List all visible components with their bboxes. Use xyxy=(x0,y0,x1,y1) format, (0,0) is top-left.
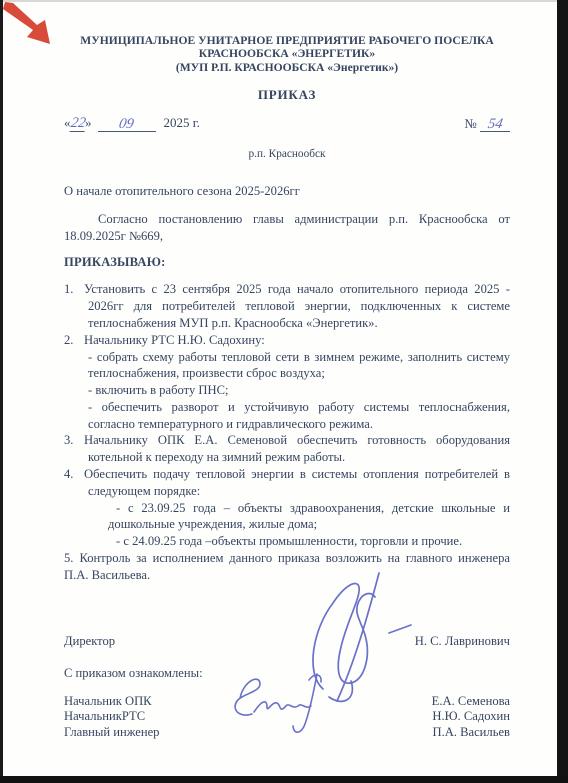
month-underline: 09 xyxy=(98,116,156,132)
order-list: 1.Установить с 23 сентября 2025 года нач… xyxy=(64,281,510,583)
date-number-row: «22»092025 г. № 54 xyxy=(64,115,510,132)
place-line: р.п. Краснообск xyxy=(64,148,510,160)
intro-paragraph: Согласно постановлению главы администрац… xyxy=(64,211,510,245)
acknowledgement-list: Начальник ОПК Е.А. Семенова НачальникРТС… xyxy=(64,694,510,741)
org-name-line3: (МУП Р.П. КРАСНООБСКА «Энергетик») xyxy=(64,61,510,74)
organization-header: МУНИЦИПАЛЬНОЕ УНИТАРНОЕ ПРЕДПРИЯТИЕ РАБО… xyxy=(64,34,510,74)
handwritten-day: 22 xyxy=(69,116,86,132)
org-name-line2: КРАСНООБСКА «ЭНЕРГЕТИК» xyxy=(64,47,510,60)
ack-row-opk: Начальник ОПК Е.А. Семенова xyxy=(64,694,510,710)
order-item-2-sub-1: - собрать схему работы тепловой сети в з… xyxy=(88,349,510,383)
item-text: Обеспечить подачу тепловой энергии в сис… xyxy=(84,467,510,498)
order-item-4-sub-2: - с 24.09.25 года –объекты промышленност… xyxy=(88,533,510,550)
item-number: 5. xyxy=(64,550,73,567)
document-body: МУНИЦИПАЛЬНОЕ УНИТАРНОЕ ПРЕДПРИЯТИЕ РАБО… xyxy=(64,34,510,740)
year-label: 2025 г. xyxy=(164,115,200,130)
order-item-5: 5.Контроль за исполнением данного приказ… xyxy=(64,550,510,584)
ack-name: П.А. Васильев xyxy=(432,725,510,741)
order-item-2-sub-2: - включить в работу ПНС; xyxy=(88,382,510,399)
scan-edge-top xyxy=(0,0,568,2)
item-text: Начальнику РТС Н.Ю. Садохину: xyxy=(84,333,265,347)
item-text: Начальнику ОПК Е.А. Семеновой обеспечить… xyxy=(84,433,510,464)
red-arrow-icon xyxy=(3,2,57,50)
item-number: 3. xyxy=(64,432,84,449)
order-item-4-sub-1: - с 23.09.25 года – объекты здравоохране… xyxy=(88,500,510,534)
number-underline: 54 xyxy=(480,116,510,132)
scan-edge-left xyxy=(0,0,3,783)
acknowledged-label: С приказом ознакомлены: xyxy=(64,666,510,681)
item-text: Контроль за исполнением данного приказа … xyxy=(64,551,510,582)
director-name: Н. С. Лавринович xyxy=(415,634,510,649)
scan-edge-bottom xyxy=(0,776,568,783)
director-label: Директор xyxy=(64,634,115,649)
item-number: 1. xyxy=(64,281,84,298)
scan-edge-right xyxy=(557,0,568,783)
order-item-2-sub-3: - обеспечить разворот и устойчивую работ… xyxy=(88,399,510,433)
ack-title: Главный инженер xyxy=(64,725,159,741)
order-number-field: № 54 xyxy=(464,116,510,132)
handwritten-month: 09 xyxy=(118,117,135,132)
order-item-3: 3.Начальнику ОПК Е.А. Семеновой обеспечи… xyxy=(64,432,510,466)
ack-row-rts: НачальникРТС Н.Ю. Садохин xyxy=(64,709,510,725)
ack-title: НачальникРТС xyxy=(64,709,145,725)
date-field: «22»092025 г. xyxy=(64,115,200,132)
director-signature-row: Директор Н. С. Лавринович xyxy=(64,634,510,649)
order-item-2: 2.Начальнику РТС Н.Ю. Садохину: - собрат… xyxy=(64,332,510,433)
handwritten-number: 54 xyxy=(486,117,503,132)
ack-name: Н.Ю. Садохин xyxy=(432,709,510,725)
org-name-line1: МУНИЦИПАЛЬНОЕ УНИТАРНОЕ ПРЕДПРИЯТИЕ РАБО… xyxy=(64,34,510,47)
item-number: 2. xyxy=(64,332,84,349)
item-number: 4. xyxy=(64,466,84,483)
document-title: ПРИКАЗ xyxy=(64,87,510,103)
ack-title: Начальник ОПК xyxy=(64,694,152,710)
ack-row-chief-engineer: Главный инженер П.А. Васильев xyxy=(64,725,510,741)
scanned-order-document: МУНИЦИПАЛЬНОЕ УНИТАРНОЕ ПРЕДПРИЯТИЕ РАБО… xyxy=(0,0,568,783)
item-text: Установить с 23 сентября 2025 года начал… xyxy=(84,282,510,330)
order-item-4: 4.Обеспечить подачу тепловой энергии в с… xyxy=(64,466,510,550)
ack-name: Е.А. Семенова xyxy=(432,694,510,710)
order-heading: ПРИКАЗЫВАЮ: xyxy=(64,255,510,270)
order-item-1: 1.Установить с 23 сентября 2025 года нач… xyxy=(64,281,510,331)
subject-line: О начале отопительного сезона 2025-2026г… xyxy=(64,184,510,199)
number-sign: № xyxy=(464,116,476,131)
